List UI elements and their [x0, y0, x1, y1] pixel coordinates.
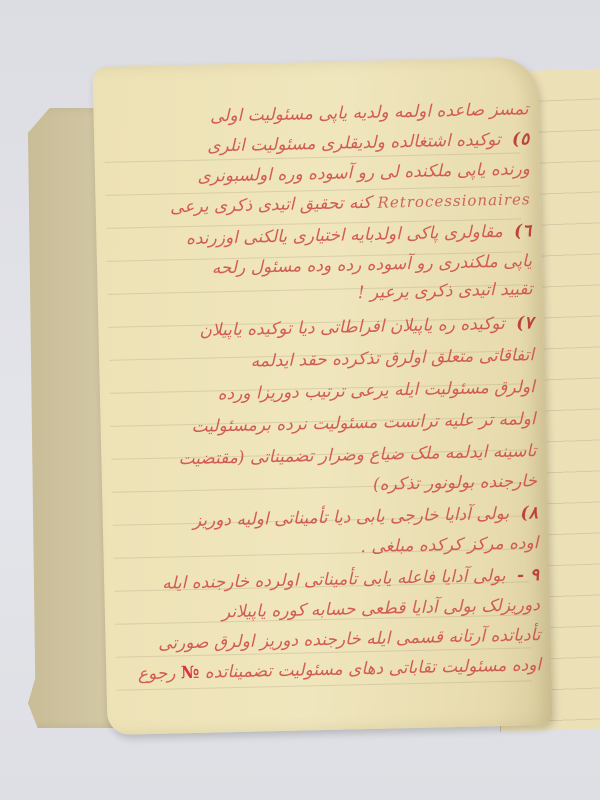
text-line: اتفاقاتی متعلق اولرق تذکرده حقد ایدلمه: [109, 345, 534, 375]
line-tail-text: رجوع: [138, 663, 176, 684]
text-line: خارجنده بولونور تذکره): [112, 471, 537, 501]
line-text: بولی آدایا خارجی یابی دیا تأمیناتی اولیه…: [193, 504, 510, 531]
line-text: خارجنده بولونور تذکره): [373, 471, 537, 495]
text-line: اوده مسئولیت تقاباتی دهای مسئولیت تضمینا…: [116, 655, 541, 685]
line-text: ورنده یاپی ملکنده لی رو آسوده وره اولسبو…: [197, 159, 530, 187]
text-line: تأدیاتده آرتانه قسمی ایله خارجنده دوریز …: [115, 625, 540, 655]
line-text: یاپی ملکندری رو آسوده رده وده مسئول رلحه: [211, 251, 532, 278]
line-text: توکیده ره یاپیلان افراطاتی دیا توکیده یا…: [199, 314, 505, 341]
notebook-page: تمسز صاعده اولمه ولدیه یاپی مسئولیت اولی…: [92, 57, 552, 735]
line-text: دوریزلک بولی آدایا قطعی حسابه کوره یاپیل…: [222, 595, 540, 622]
text-line: تمسز صاعده اولمه ولدیه یاپی مسئولیت اولی: [103, 99, 528, 129]
text-line: ٧) توکیده ره یاپیلان افراطاتی دیا توکیده…: [108, 313, 533, 343]
text-line: ٩ - بولی آدایا فاعله یابی تأمیناتی اولرد…: [114, 565, 539, 595]
text-line: ٦) مقاولری پاکی اولدبایه اختیاری یالکنی …: [106, 221, 531, 251]
line-text: اوده مرکز کرکده مبلغی .: [360, 533, 538, 557]
number-sign-mark: №: [181, 663, 200, 683]
text-line: تاسینه ایدلمه ملک ضیاع وضرار تضمیناتی (م…: [111, 441, 536, 471]
line-text: بولی آدایا فاعله یابی تأمیناتی اولرده خا…: [162, 566, 506, 594]
line-text: کنه تحقیق اتیدی ذکری یرعی: [170, 193, 372, 218]
handwritten-text: تمسز صاعده اولمه ولدیه یاپی مسئولیت اولی…: [92, 57, 552, 735]
item-number: ٧): [516, 313, 534, 333]
text-line: اوده مرکز کرکده مبلغی .: [113, 533, 538, 563]
item-number: ٥): [512, 129, 530, 149]
text-line: اولمه تر علیه ترانست مسئولیت نرده برمسئو…: [110, 409, 535, 439]
line-text: تمسز صاعده اولمه ولدیه یاپی مسئولیت اولی: [210, 99, 529, 126]
line-text: تقیید اتیدی ذکری یرعیر !: [358, 279, 533, 303]
line-text: مقاولری پاکی اولدبایه اختیاری یالکنی اوز…: [186, 222, 503, 249]
line-text: تاسینه ایدلمه ملک ضیاع وضرار تضمیناتی (م…: [178, 441, 536, 469]
text-line: دوریزلک بولی آدایا قطعی حسابه کوره یاپیل…: [115, 595, 540, 625]
text-line: ورنده یاپی ملکنده لی رو آسوده وره اولسبو…: [105, 159, 530, 189]
text-line: ٨) بولی آدایا خارجی یابی دیا تأمیناتی او…: [113, 503, 538, 533]
line-text: اتفاقاتی متعلق اولرق تذکرده حقد ایدلمه: [250, 345, 534, 371]
line-text: اولرق مسئولیت ایله یرعی ترتیب دوریزا ورد…: [217, 377, 535, 404]
text-line: یاپی ملکندری رو آسوده رده وده مسئول رلحه: [107, 251, 532, 281]
text-line: Retrocessionaires کنه تحقیق اتیدی ذکری ی…: [105, 189, 530, 219]
line-text: اولمه تر علیه ترانست مسئولیت نرده برمسئو…: [191, 409, 535, 437]
text-line: تقیید اتیدی ذکری یرعیر !: [108, 279, 533, 309]
item-number: ٨): [520, 503, 538, 523]
item-number: ٩ -: [517, 565, 540, 585]
text-line: ٥) توکیده اشتغالده ولدیقلری مسئولیت انلر…: [104, 129, 529, 159]
line-text: اوده مسئولیت تقاباتی دهای مسئولیت تضمینا…: [205, 655, 542, 683]
line-text: تأدیاتده آرتانه قسمی ایله خارجنده دوریز …: [158, 625, 541, 654]
item-number: ٦): [514, 221, 532, 241]
text-line: اولرق مسئولیت ایله یرعی ترتیب دوریزا ورد…: [110, 377, 535, 407]
line-text: توکیده اشتغالده ولدیقلری مسئولیت انلری: [207, 130, 501, 157]
latin-term: Retrocessionaires: [377, 190, 530, 211]
